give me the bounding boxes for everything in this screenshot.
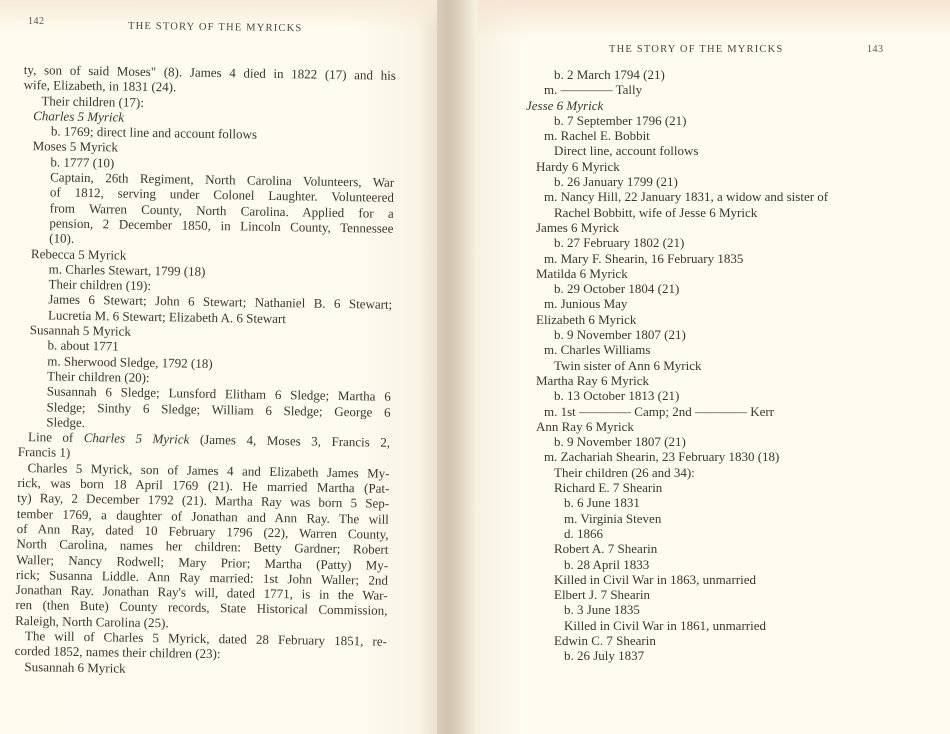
text-line: b. 9 November 1807 (21) [526, 327, 886, 342]
text-line: Jesse 6 Myrick [526, 98, 886, 113]
text-line: b. 6 June 1831 [526, 495, 886, 510]
text-line: Edwin C. 7 Shearin [526, 633, 886, 648]
text-line: m. Charles Williams [526, 342, 886, 357]
text-line: m. Zachariah Shearin, 23 February 1830 (… [526, 449, 886, 464]
text-line: b. 3 June 1835 [526, 602, 886, 617]
text-line: d. 1866 [526, 526, 886, 541]
text-line: b. 13 October 1813 (21) [526, 388, 886, 403]
text-line: Hardy 6 Myrick [526, 159, 886, 174]
text-line: b. 2 March 1794 (21) [526, 67, 886, 82]
text-line: Richard E. 7 Shearin [526, 480, 886, 495]
text-line: Ann Ray 6 Myrick [526, 419, 886, 434]
text-line: Robert A. 7 Shearin [526, 541, 886, 556]
text-line: b. 9 November 1807 (21) [526, 434, 886, 449]
left-page-body: ty, son of said Moses" (8). James 4 died… [14, 62, 396, 680]
left-running-head: THE STORY OF THE MYRICKS [128, 21, 303, 34]
text-line: Rachel Bobbitt, wife of Jesse 6 Myrick [526, 205, 886, 220]
text-line: m. Virginia Steven [526, 511, 886, 526]
italic-name: Charles 5 Myrick [84, 430, 190, 447]
text-line: Killed in Civil War in 1861, unmarried [526, 618, 886, 633]
text-line: Matilda 6 Myrick [526, 266, 886, 281]
right-running-head: THE STORY OF THE MYRICKS [609, 44, 783, 55]
text-line: b. 26 January 1799 (21) [526, 174, 886, 189]
text-line: m. ———— Tally [526, 82, 886, 97]
text-line: m. Rachel E. Bobbit [526, 128, 886, 143]
text-line: Martha Ray 6 Myrick [526, 373, 886, 388]
text-line: b. 28 April 1833 [526, 557, 886, 572]
left-page: 142 THE STORY OF THE MYRICKS ty, son of … [0, 0, 440, 734]
text-line: Elbert J. 7 Shearin [526, 587, 886, 602]
text-line: Their children (26 and 34): [526, 465, 886, 480]
right-page-body: b. 2 March 1794 (21)m. ———— TallyJesse 6… [526, 67, 886, 664]
left-page-number: 142 [28, 16, 45, 27]
text-line: b. 29 October 1804 (21) [526, 281, 886, 296]
text-line: Direct line, account follows [526, 143, 886, 158]
text-line: Elizabeth 6 Myrick [526, 312, 886, 327]
text-line: b. 27 February 1802 (21) [526, 235, 886, 250]
text-line: m. Nancy Hill, 22 January 1831, a widow … [526, 189, 886, 204]
text-line: m. Mary F. Shearin, 16 February 1835 [526, 251, 886, 266]
text-line: m. 1st ———— Camp; 2nd ———— Kerr [526, 404, 886, 419]
book-gutter [437, 0, 477, 734]
text-line: James 6 Myrick [526, 220, 886, 235]
right-page-number: 143 [867, 44, 884, 55]
text-line: Twin sister of Ann 6 Myrick [526, 358, 886, 373]
text-line: b. 7 September 1796 (21) [526, 113, 886, 128]
text-line: m. Junious May [526, 296, 886, 311]
text-line: b. 26 July 1837 [526, 648, 886, 663]
text-line: Killed in Civil War in 1863, unmarried [526, 572, 886, 587]
